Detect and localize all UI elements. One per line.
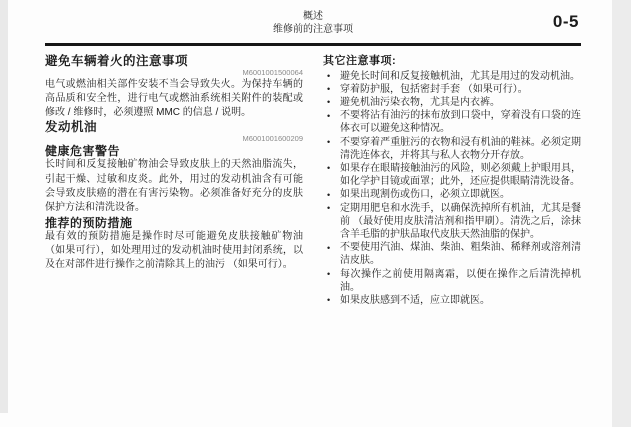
- bullet-text: 避免机油污染衣物，尤其是内衣裤。: [340, 97, 500, 108]
- list-item: •避免机油污染衣物，尤其是内衣裤。: [323, 96, 581, 109]
- section-title: 维修前的注意事项: [45, 23, 581, 36]
- bullet-icon: •: [327, 162, 330, 175]
- fire-precautions-body: 电气或燃油相关部件安装不当会导致失火。为保持车辆的高品质和安全性，进行电气或燃油…: [45, 78, 303, 121]
- bullet-icon: •: [327, 294, 330, 307]
- list-item: •定期用肥皂和水洗手，以确保洗掉所有机油，尤其是餐前 （最好使用皮肤清洁剂和指甲…: [323, 202, 581, 242]
- left-column: 避免车辆着火的注意事项 M6001001500064 电气或燃油相关部件安装不当…: [45, 54, 303, 308]
- column-gap: [303, 54, 323, 308]
- manual-page: 概述 维修前的注意事项 0-5 避免车辆着火的注意事项 M60010015000…: [0, 0, 631, 427]
- fire-precautions-heading: 避免车辆着火的注意事项: [45, 54, 303, 68]
- bullet-icon: •: [327, 136, 330, 149]
- bullet-text: 每次操作之前使用隔离霜，以便在操作之后清洗掉机油。: [340, 269, 581, 293]
- bullet-text: 如果出现割伤或伤口，必须立即就医。: [340, 189, 510, 200]
- page-content: 概述 维修前的注意事项 0-5 避免车辆着火的注意事项 M60010015000…: [45, 8, 581, 307]
- bullet-text: 如果存在眼睛接触油污的风险，则必须戴上护眼用具，如化学护目镜或面罩；此外，还应提…: [340, 163, 581, 187]
- engine-oil-section-code: M6001001600209: [45, 134, 303, 143]
- header-rule: [45, 43, 581, 46]
- running-head: 概述 维修前的注意事项: [45, 11, 581, 36]
- fire-section-code: M6001001500064: [45, 68, 303, 77]
- health-warning-body: 长时间和反复接触矿物油会导致皮肤上的天然油脂流失，引起干燥、过敏和皮炎。此外，用…: [45, 158, 303, 215]
- page-edge-left: [0, 0, 8, 413]
- bullet-icon: •: [327, 242, 330, 255]
- bullet-icon: •: [327, 202, 330, 215]
- bullet-icon: •: [327, 189, 330, 202]
- bullet-text: 不要使用汽油、煤油、柴油、粗柴油、稀释剂或溶剂清洁皮肤。: [340, 242, 581, 266]
- page-header: 概述 维修前的注意事项 0-5: [45, 8, 581, 42]
- page-edge-right: [612, 0, 631, 427]
- health-warning-subheading: 健康危害警告: [45, 144, 303, 158]
- bullet-text: 穿着防护服，包括密封手套 （如果可行）。: [340, 84, 528, 95]
- engine-oil-heading: 发动机油: [45, 120, 303, 134]
- bullet-text: 不要穿着严重脏污的衣物和浸有机油的鞋袜。必须定期清洗连体衣，并将其与私人衣物分开…: [340, 137, 581, 161]
- bullet-text: 避免长时间和反复接触机油，尤其是用过的发动机油。: [340, 71, 580, 82]
- list-item: •避免长时间和反复接触机油，尤其是用过的发动机油。: [323, 70, 581, 83]
- bullet-icon: •: [327, 96, 330, 109]
- list-item: •穿着防护服，包括密封手套 （如果可行）。: [323, 83, 581, 96]
- bullet-icon: •: [327, 268, 330, 281]
- list-item: •不要穿着严重脏污的衣物和浸有机油的鞋袜。必须定期清洗连体衣，并将其与私人衣物分…: [323, 136, 581, 162]
- two-column-layout: 避免车辆着火的注意事项 M6001001500064 电气或燃油相关部件安装不当…: [45, 54, 581, 308]
- page-number: 0-5: [553, 12, 579, 32]
- bullet-icon: •: [327, 110, 330, 123]
- other-precautions-heading: 其它注意事项:: [323, 54, 581, 68]
- list-item: •不要使用汽油、煤油、柴油、粗柴油、稀释剂或溶剂清洁皮肤。: [323, 241, 581, 267]
- list-item: •每次操作之前使用隔离霜，以便在操作之后清洗掉机油。: [323, 268, 581, 294]
- bullet-text: 定期用肥皂和水洗手，以确保洗掉所有机油，尤其是餐前 （最好使用皮肤清洁剂和指甲刷…: [340, 203, 581, 240]
- list-item: •不要将沾有油污的抹布放到口袋中，穿着没有口袋的连体衣可以避免这种情况。: [323, 109, 581, 135]
- list-item: •如果存在眼睛接触油污的风险，则必须戴上护眼用具，如化学护目镜或面罩；此外，还应…: [323, 162, 581, 188]
- bullet-icon: •: [327, 70, 330, 83]
- recommended-precautions-subheading: 推荐的预防措施: [45, 216, 303, 230]
- right-column: 其它注意事项: •避免长时间和反复接触机油，尤其是用过的发动机油。 •穿着防护服…: [323, 54, 581, 308]
- bullet-icon: •: [327, 83, 330, 96]
- chapter-title: 概述: [45, 11, 581, 23]
- list-item: •如果皮肤感到不适，应立即就医。: [323, 294, 581, 307]
- bullet-text: 如果皮肤感到不适，应立即就医。: [340, 295, 490, 306]
- list-item: •如果出现割伤或伤口，必须立即就医。: [323, 188, 581, 201]
- bullet-text: 不要将沾有油污的抹布放到口袋中，穿着没有口袋的连体衣可以避免这种情况。: [340, 110, 581, 134]
- recommended-precautions-body: 最有效的预防措施是操作时尽可能避免皮肤接触矿物油 （如果可行），如处理用过的发动…: [45, 230, 303, 273]
- other-precautions-list: •避免长时间和反复接触机油，尤其是用过的发动机油。 •穿着防护服，包括密封手套 …: [323, 70, 581, 308]
